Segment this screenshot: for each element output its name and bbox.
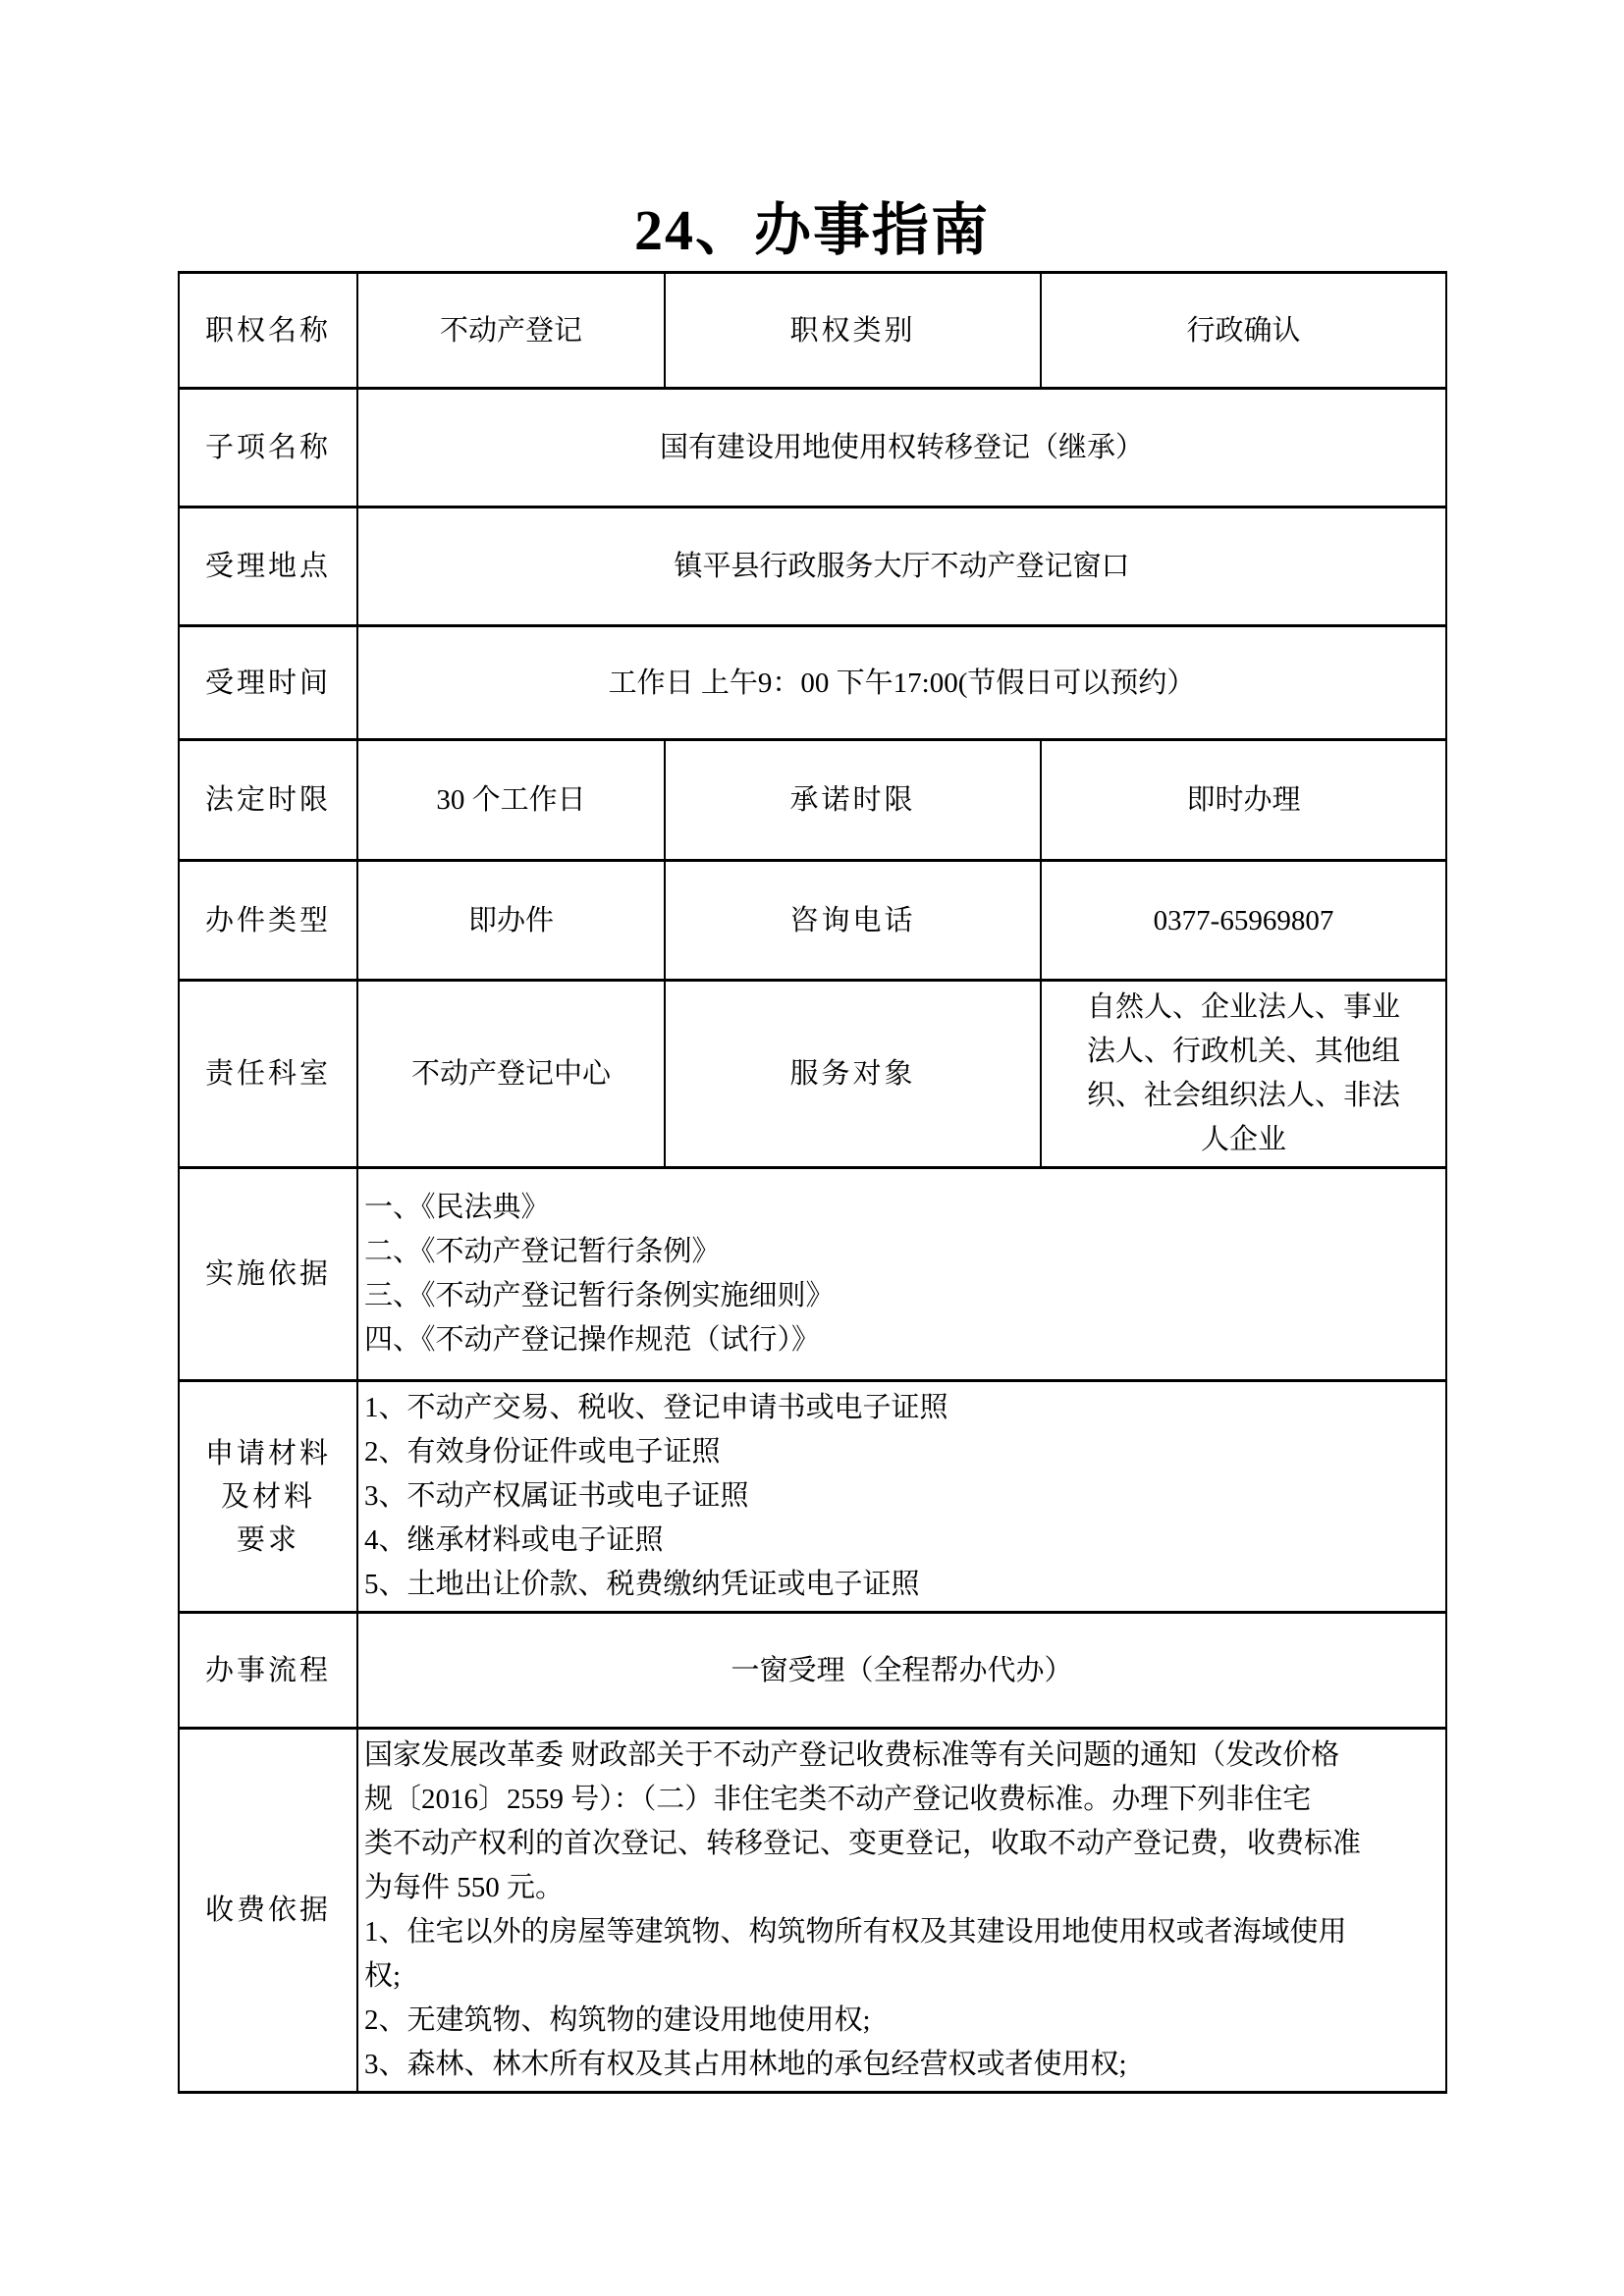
subitem-value: 国有建设用地使用权转移登记（继承）	[357, 389, 1446, 507]
location-label: 受理地点	[179, 507, 357, 626]
case-type-label: 办件类型	[179, 861, 357, 981]
service-guide-table: 职权名称 不动产登记 职权类别 行政确认 子项名称 国有建设用地使用权转移登记（…	[178, 271, 1447, 2094]
location-value: 镇平县行政服务大厅不动产登记窗口	[357, 507, 1446, 626]
fee-value: 国家发展改革委 财政部关于不动产登记收费标准等有关问题的通知（发改价格 规〔20…	[357, 1729, 1446, 2093]
authority-name-value: 不动产登记	[357, 273, 665, 389]
basis-value: 一、《民法典》 二、《不动产登记暂行条例》 三、《不动产登记暂行条例实施细则》 …	[357, 1168, 1446, 1381]
phone-label: 咨询电话	[665, 861, 1041, 981]
row-fee: 收费依据 国家发展改革委 财政部关于不动产登记收费标准等有关问题的通知（发改价格…	[179, 1729, 1446, 2093]
row-department: 责任科室 不动产登记中心 服务对象 自然人、企业法人、事业 法人、行政机关、其他…	[179, 981, 1446, 1168]
process-value: 一窗受理（全程帮办代办）	[357, 1613, 1446, 1729]
row-process: 办事流程 一窗受理（全程帮办代办）	[179, 1613, 1446, 1729]
page-title: 24、办事指南	[0, 0, 1624, 265]
promise-limit-label: 承诺时限	[665, 740, 1041, 861]
accept-time-value: 工作日 上午9：00 下午17:00(节假日可以预约）	[357, 626, 1446, 740]
fee-label: 收费依据	[179, 1729, 357, 2093]
legal-limit-label: 法定时限	[179, 740, 357, 861]
row-location: 受理地点 镇平县行政服务大厅不动产登记窗口	[179, 507, 1446, 626]
row-authority: 职权名称 不动产登记 职权类别 行政确认	[179, 273, 1446, 389]
authority-type-value: 行政确认	[1041, 273, 1446, 389]
row-subitem: 子项名称 国有建设用地使用权转移登记（继承）	[179, 389, 1446, 507]
case-type-value: 即办件	[357, 861, 665, 981]
row-basis: 实施依据 一、《民法典》 二、《不动产登记暂行条例》 三、《不动产登记暂行条例实…	[179, 1168, 1446, 1381]
department-value: 不动产登记中心	[357, 981, 665, 1168]
basis-label: 实施依据	[179, 1168, 357, 1381]
materials-label: 申请材料 及材料 要求	[179, 1381, 357, 1613]
phone-value: 0377-65969807	[1041, 861, 1446, 981]
process-label: 办事流程	[179, 1613, 357, 1729]
authority-name-label: 职权名称	[179, 273, 357, 389]
authority-type-label: 职权类别	[665, 273, 1041, 389]
legal-limit-value: 30 个工作日	[357, 740, 665, 861]
promise-limit-value: 即时办理	[1041, 740, 1446, 861]
document-page: 24、办事指南 职权名称 不动产登记 职权类别 行政确认 子项名称 国有建设用地…	[0, 0, 1624, 2296]
row-materials: 申请材料 及材料 要求 1、不动产交易、税收、登记申请书或电子证照 2、有效身份…	[179, 1381, 1446, 1613]
service-target-label: 服务对象	[665, 981, 1041, 1168]
service-target-value: 自然人、企业法人、事业 法人、行政机关、其他组 织、社会组织法人、非法 人企业	[1041, 981, 1446, 1168]
department-label: 责任科室	[179, 981, 357, 1168]
row-case-type: 办件类型 即办件 咨询电话 0377-65969807	[179, 861, 1446, 981]
row-accept-time: 受理时间 工作日 上午9：00 下午17:00(节假日可以预约）	[179, 626, 1446, 740]
subitem-label: 子项名称	[179, 389, 357, 507]
accept-time-label: 受理时间	[179, 626, 357, 740]
materials-value: 1、不动产交易、税收、登记申请书或电子证照 2、有效身份证件或电子证照 3、不动…	[357, 1381, 1446, 1613]
row-legal-limit: 法定时限 30 个工作日 承诺时限 即时办理	[179, 740, 1446, 861]
